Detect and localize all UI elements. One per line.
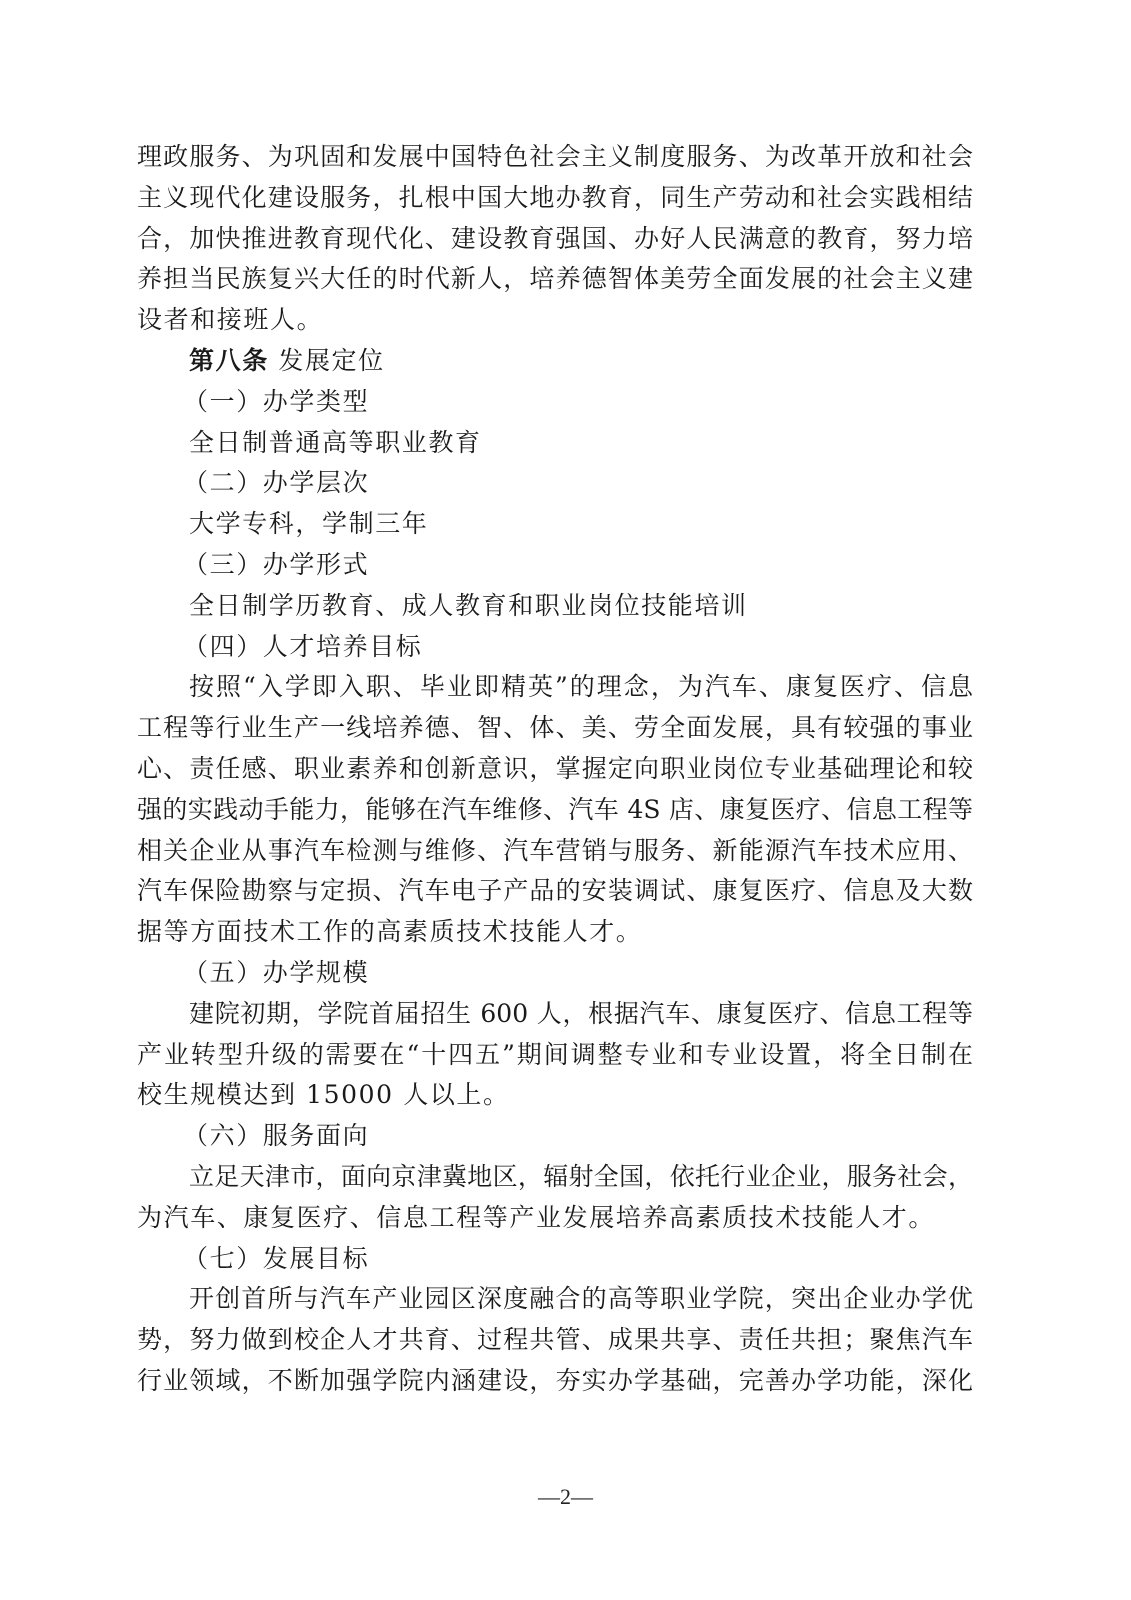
page-number: —2— — [0, 1484, 1131, 1510]
document-body: 理政服务、为巩固和发展中国特色社会主义制度服务、为改革开放和社会 主义现代化建设… — [137, 137, 973, 1402]
section-text: 开创首所与汽车产业园区深度融合的高等职业学院，突出企业办学优 — [137, 1279, 973, 1320]
section-heading: （二）办学层次 — [137, 463, 973, 504]
section-text: 产业转型升级的需要在“十四五”期间调整专业和专业设置，将全日制在 — [137, 1035, 973, 1076]
section-text: 心、责任感、职业素养和创新意识，掌握定向职业岗位专业基础理论和较 — [137, 749, 973, 790]
section-text: 势，努力做到校企人才共育、过程共管、成果共享、责任共担；聚焦汽车 — [137, 1320, 973, 1361]
article-title: 发展定位 — [278, 346, 384, 375]
section-text: 大学专科，学制三年 — [137, 504, 973, 545]
section-text: 强的实践动手能力，能够在汽车维修、汽车 4S 店、康复医疗、信息工程等 — [137, 790, 973, 831]
section-heading: （五）办学规模 — [137, 953, 973, 994]
section-text: 按照“入学即入职、毕业即精英”的理念，为汽车、康复医疗、信息 — [137, 667, 973, 708]
text-line: 设者和接班人。 — [137, 300, 973, 341]
section-text: 全日制学历教育、成人教育和职业岗位技能培训 — [137, 586, 973, 627]
section-heading: （六）服务面向 — [137, 1116, 973, 1157]
section-text: 据等方面技术工作的高素质技术技能人才。 — [137, 912, 973, 953]
section-text: 相关企业从事汽车检测与维修、汽车营销与服务、新能源汽车技术应用、 — [137, 831, 973, 872]
section-text: 为汽车、康复医疗、信息工程等产业发展培养高素质技术技能人才。 — [137, 1198, 973, 1239]
section-text: 全日制普通高等职业教育 — [137, 423, 973, 464]
section-text: 工程等行业生产一线培养德、智、体、美、劳全面发展，具有较强的事业 — [137, 708, 973, 749]
document-page: 理政服务、为巩固和发展中国特色社会主义制度服务、为改革开放和社会 主义现代化建设… — [0, 0, 1131, 1600]
section-heading: （三）办学形式 — [137, 545, 973, 586]
section-heading: （七）发展目标 — [137, 1239, 973, 1280]
article-number: 第八条 — [189, 346, 269, 375]
section-text: 校生规模达到 15000 人以上。 — [137, 1075, 973, 1116]
text-line: 主义现代化建设服务，扎根中国大地办教育，同生产劳动和社会实践相结 — [137, 178, 973, 219]
article-heading: 第八条 发展定位 — [137, 341, 973, 382]
section-text: 汽车保险勘察与定损、汽车电子产品的安装调试、康复医疗、信息及大数 — [137, 871, 973, 912]
section-heading: （一）办学类型 — [137, 382, 973, 423]
text-line: 养担当民族复兴大任的时代新人，培养德智体美劳全面发展的社会主义建 — [137, 259, 973, 300]
section-text: 行业领域，不断加强学院内涵建设，夯实办学基础，完善办学功能，深化 — [137, 1361, 973, 1402]
section-text: 立足天津市，面向京津冀地区，辐射全国，依托行业企业，服务社会， — [137, 1157, 973, 1198]
section-text: 建院初期，学院首届招生 600 人，根据汽车、康复医疗、信息工程等 — [137, 994, 973, 1035]
text-line: 理政服务、为巩固和发展中国特色社会主义制度服务、为改革开放和社会 — [137, 137, 973, 178]
section-heading: （四）人才培养目标 — [137, 627, 973, 668]
text-line: 合，加快推进教育现代化、建设教育强国、办好人民满意的教育，努力培 — [137, 219, 973, 260]
